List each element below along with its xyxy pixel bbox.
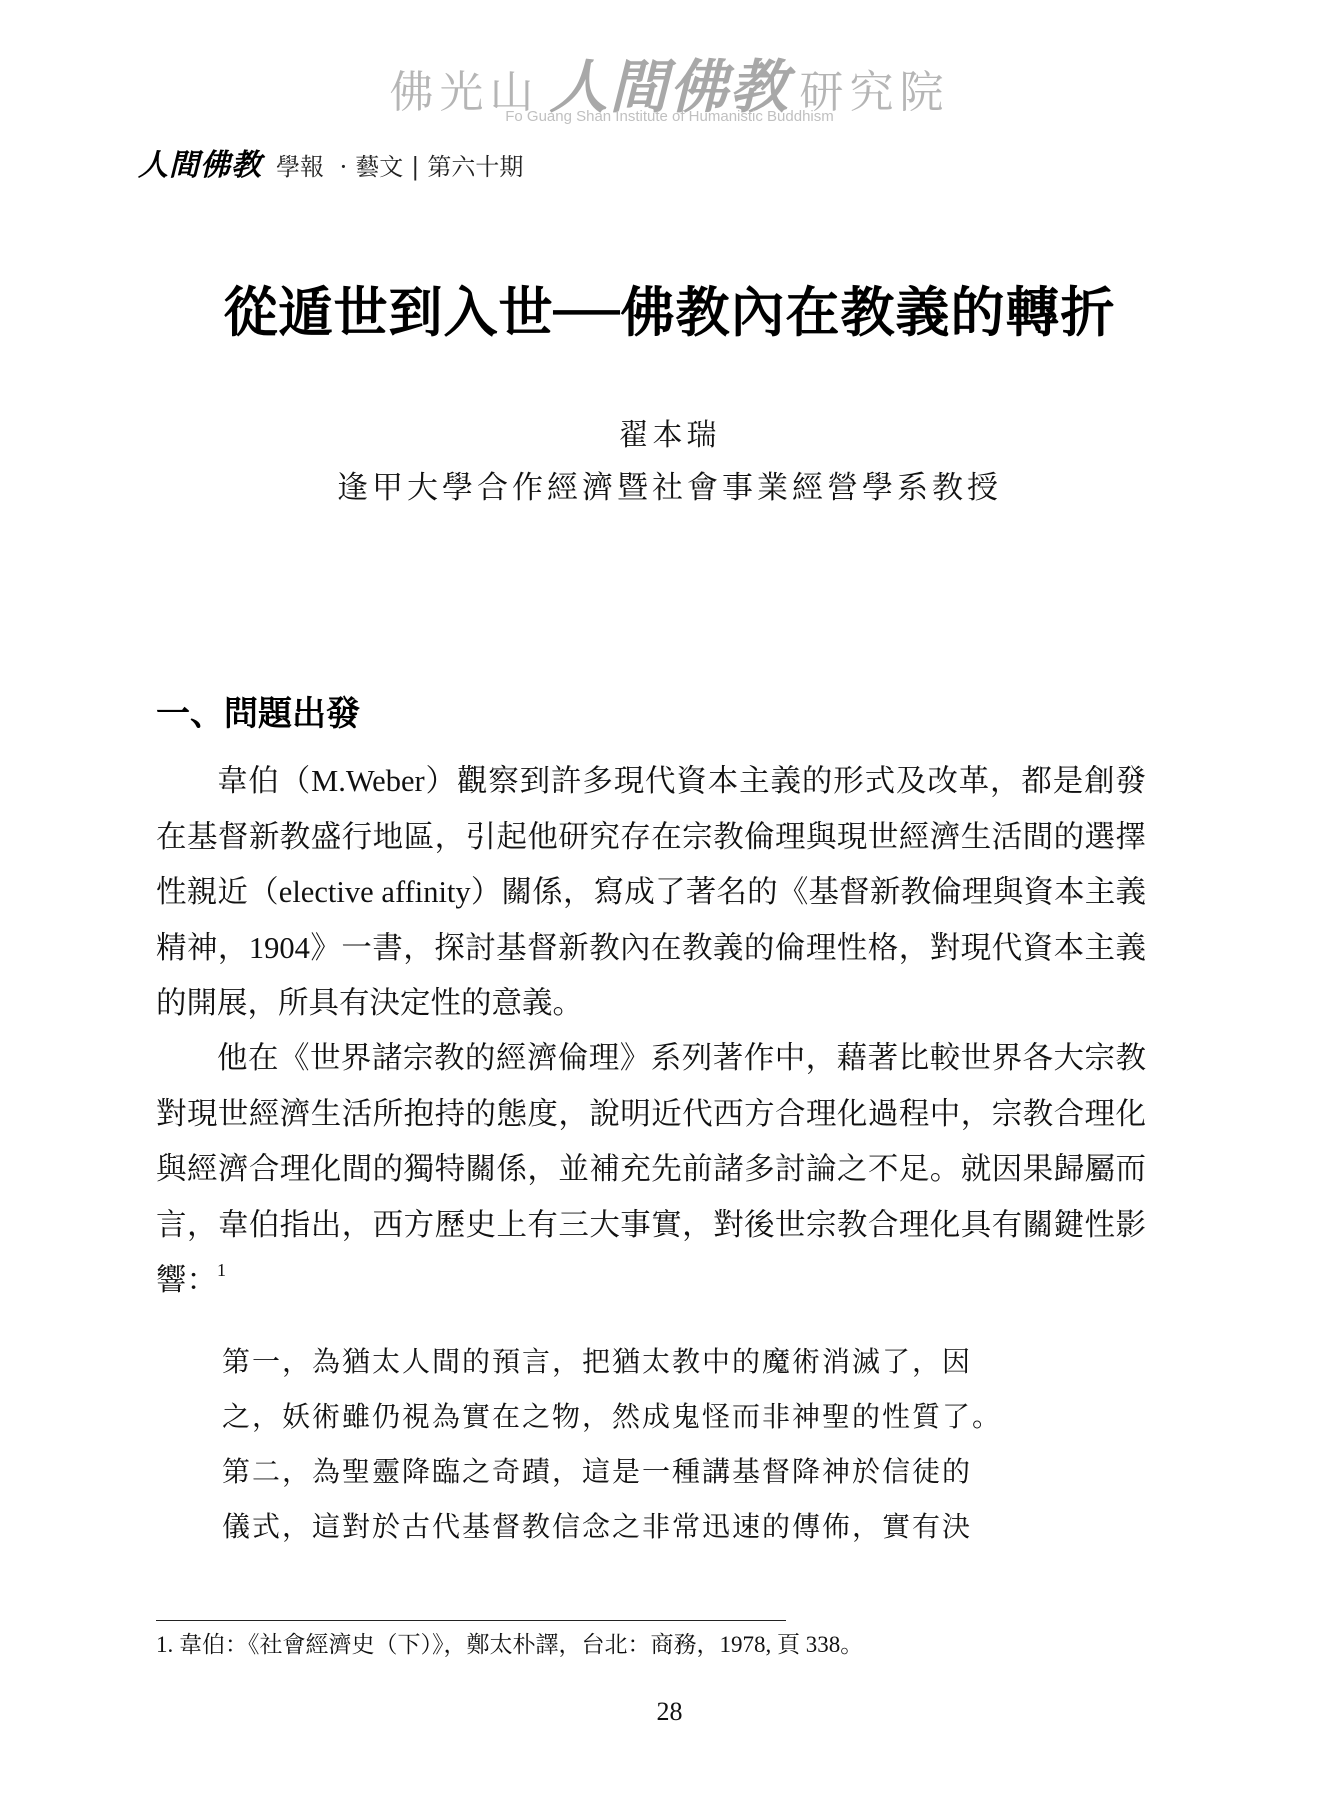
- footnote: 1. 韋伯：《社會經濟史（下）》，鄭太朴譯，台北：商務，1978, 頁 338。: [156, 1626, 863, 1659]
- section-heading: 一、問題出發: [156, 686, 360, 735]
- page-number: 28: [0, 1697, 1339, 1727]
- footnote-reference[interactable]: 1: [217, 1260, 226, 1280]
- journal-section: 藝文: [355, 153, 403, 181]
- journal-dot: ·: [340, 153, 348, 181]
- quote-line: 第二，為聖靈降臨之奇蹟，這是一種講基督降神於信徒的: [222, 1444, 1102, 1499]
- journal-name: 學報: [276, 153, 324, 181]
- journal-divider: |: [411, 153, 419, 181]
- journal-issue: 第六十期: [427, 153, 523, 181]
- block-quote: 第一，為猶太人間的預言，把猶太教中的魔術消滅了，因 之，妖術雖仍視為實在之物，然…: [222, 1334, 1102, 1554]
- paragraph-2: 他在《世界諸宗教的經濟倫理》系列著作中，藉著比較世界各大宗教對現世經濟生活所抱持…: [156, 1031, 1146, 1309]
- watermark-english: Fo Guang Shan Institute of Humanistic Bu…: [0, 108, 1339, 125]
- quote-line: 儀式，這對於古代基督教信念之非常迅速的傳佈，實有決: [222, 1499, 1102, 1554]
- footnote-divider: [156, 1620, 786, 1621]
- author-name: 翟本瑞: [0, 410, 1339, 454]
- paragraph-1: 韋伯（M.Weber）觀察到許多現代資本主義的形式及改革，都是創發在基督新教盛行…: [156, 754, 1146, 1032]
- author-affiliation: 逢甲大學合作經濟暨社會事業經營學系教授: [0, 462, 1339, 507]
- journal-brand-logo: 人間佛教: [138, 148, 262, 183]
- running-header: 人間佛教學報 ·藝文|第六十期: [138, 140, 523, 184]
- article-title: 從遁世到入世──佛教內在教義的轉折: [0, 270, 1339, 347]
- quote-line: 第一，為猶太人間的預言，把猶太教中的魔術消滅了，因: [222, 1334, 1102, 1389]
- paragraph-text: 韋伯（M.Weber）觀察到許多現代資本主義的形式及改革，都是創發在基督新教盛行…: [156, 754, 1146, 1032]
- paragraph-text: 他在《世界諸宗教的經濟倫理》系列著作中，藉著比較世界各大宗教對現世經濟生活所抱持…: [156, 1031, 1146, 1309]
- quote-line: 之，妖術雖仍視為實在之物，然成鬼怪而非神聖的性質了。: [222, 1389, 1102, 1444]
